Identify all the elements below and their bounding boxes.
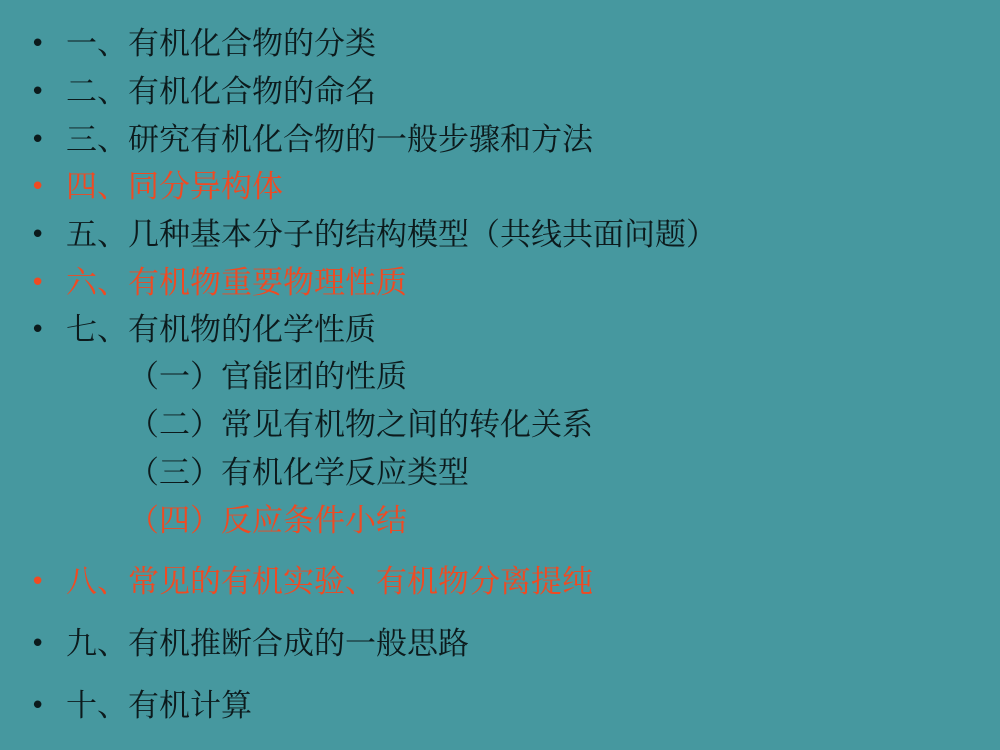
outline-item-text: 一、有机化合物的分类 xyxy=(66,24,376,64)
outline-item-text: 八、常见的有机实验、有机物分离提纯 xyxy=(66,562,593,602)
outline-item-text: 三、研究有机化合物的一般步骤和方法 xyxy=(66,120,593,160)
outline-item-text: 九、有机推断合成的一般思路 xyxy=(66,624,469,664)
slide: • 一、有机化合物的分类 • 二、有机化合物的命名 • 三、研究有机化合物的一般… xyxy=(0,0,1000,750)
outline-subitem-text: （三）有机化学反应类型 xyxy=(128,453,469,493)
bullet-icon: • xyxy=(30,562,50,602)
bullet-icon: • xyxy=(30,72,50,112)
bullet-icon: • xyxy=(30,624,50,664)
outline-item-text: 四、同分异构体 xyxy=(66,167,283,207)
outline-subitem-text: （一）官能团的性质 xyxy=(128,357,407,397)
bullet-icon: • xyxy=(30,686,50,726)
outline-item-text: 二、有机化合物的命名 xyxy=(66,72,376,112)
bullet-icon: • xyxy=(30,167,50,207)
outline-item-text: 七、有机物的化学性质 xyxy=(66,310,376,350)
outline-subitem-text: （四）反应条件小结 xyxy=(128,501,407,541)
outline-item-text: 五、几种基本分子的结构模型（共线共面问题） xyxy=(66,215,717,255)
outline-item-text: 六、有机物重要物理性质 xyxy=(66,263,407,303)
bullet-icon: • xyxy=(30,120,50,160)
bullet-icon: • xyxy=(30,263,50,303)
bullet-icon: • xyxy=(30,24,50,64)
bullet-icon: • xyxy=(30,215,50,255)
outline-item-text: 十、有机计算 xyxy=(66,686,252,726)
bullet-icon: • xyxy=(30,310,50,350)
outline-subitem-text: （二）常见有机物之间的转化关系 xyxy=(128,405,593,445)
